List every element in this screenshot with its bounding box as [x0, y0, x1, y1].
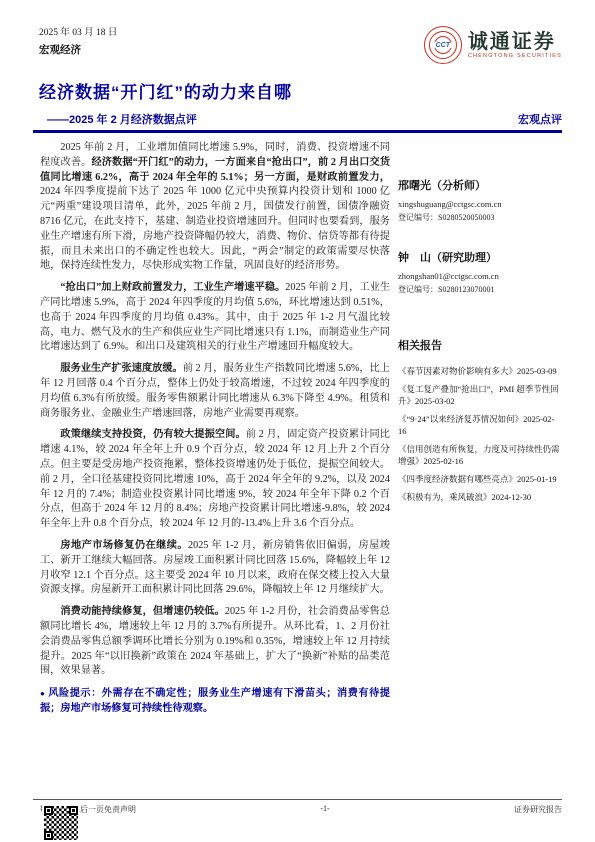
- report-date: 2025 年 03 月 18 日: [39, 24, 117, 38]
- analyst-email: zhongshan01@cctgsc.com.cn: [398, 271, 562, 281]
- registration-number: S0280520050003: [438, 213, 494, 222]
- body-paragraph: 2025 年前 2 月，工业增加值同比增速 5.9%，同时，消费、投资增速不同程…: [40, 141, 390, 274]
- related-report-title: 《春节因素对物价影响有多大》: [398, 366, 517, 376]
- related-report-item: 《“9·24”以来经济复苏情况如何》2025-02-16: [398, 413, 562, 437]
- related-report-title: 《信用创造有所恢复，力度及可持续性仍需增强》: [398, 444, 560, 466]
- body-paragraph: 房地产市场修复仍在继续。2025 年 1-2 月，新房销售依旧偏弱，房屋竣工、新…: [40, 539, 390, 598]
- registration-number: S0280123070001: [438, 285, 494, 294]
- analyst-name: 钟 山（研究助理）: [398, 249, 562, 265]
- related-reports-heading: 相关报告: [398, 337, 562, 353]
- sidebar: 邢曙光（分析师） xingshuguang@cctgsc.com.cn 登记编号…: [398, 141, 562, 716]
- cct-ripple-icon: CCT: [424, 26, 462, 64]
- footer-report-label: 证券研究报告: [514, 804, 562, 815]
- related-report-date: 2025-03-02: [415, 396, 455, 406]
- page-number: -1-: [320, 804, 329, 815]
- related-report-title: 《积极有为，乘风破浪》: [398, 492, 492, 502]
- related-report-item: 《复工复产叠加“抢出口”，PMI 超季节性回升》2025-03-02: [398, 383, 562, 407]
- body-paragraph: 消费动能持续修复，但增速仍较低。2025 年 1-2 月份，社会消费品零售总额同…: [40, 605, 390, 679]
- body-paragraph: 服务业生产扩张速度放缓。前 2 月，服务业生产指数同比增速 5.6%，比上年 1…: [40, 362, 390, 421]
- related-report-item: 《四季度经济数据有哪些亮点》2025-01-19: [398, 473, 562, 485]
- page-footer: 敬请参阅最后一页免责声明 -1- 证券研究报告: [33, 804, 562, 815]
- related-report-date: 2025-03-09: [517, 366, 557, 376]
- analyst-block: 邢曙光（分析师） xingshuguang@cctgsc.com.cn 登记编号…: [398, 177, 562, 223]
- page-header: 2025 年 03 月 18 日 宏观经济 CCT 诚通证券 CHENGTONG…: [33, 24, 562, 64]
- brand-name-cn: 诚通证券: [468, 31, 562, 53]
- related-report-title: 《四季度经济数据有哪些亮点》: [398, 474, 517, 484]
- analyst-name: 邢曙光（分析师）: [398, 177, 562, 193]
- brand-name-en: CHENGTONG SECURITIES: [468, 53, 562, 59]
- qr-code: [44, 806, 78, 840]
- risk-warning-text: 风险提示：外需存在不确定性；服务业生产增速有下滑苗头；消费有待提振；房地产市场修…: [40, 688, 390, 714]
- footer-divider: [33, 799, 562, 800]
- report-page: 2025 年 03 月 18 日 宏观经济 CCT 诚通证券 CHENGTONG…: [0, 0, 595, 842]
- body-paragraphs: 2025 年前 2 月，工业增加值同比增速 5.9%，同时，消费、投资增速不同程…: [40, 141, 390, 679]
- analyst-registration: 登记编号：S0280123070001: [398, 284, 562, 295]
- subtitle-row: ——2025 年 2 月经济数据点评 宏观点评: [47, 111, 562, 127]
- page-title: 经济数据“开门红”的动力来自哪: [39, 78, 562, 103]
- bullet-icon: ●: [40, 689, 45, 698]
- registration-label: 登记编号：: [398, 285, 438, 294]
- related-report-item: 《积极有为，乘风破浪》2024-12-30: [398, 491, 562, 503]
- report-type-badge: 宏观点评: [518, 111, 562, 127]
- analyst-registration: 登记编号：S0280520050003: [398, 212, 562, 223]
- body-column: 2025 年前 2 月，工业增加值同比增速 5.9%，同时，消费、投资增速不同程…: [40, 141, 390, 716]
- related-report-title: 《“9·24”以来经济复苏情况如何》: [398, 414, 523, 424]
- header-divider: [33, 130, 562, 133]
- related-report-date: 2024-12-30: [492, 492, 532, 502]
- header-meta: 2025 年 03 月 18 日 宏观经济: [39, 24, 117, 57]
- registration-label: 登记编号：: [398, 213, 438, 222]
- report-category: 宏观经济: [39, 42, 117, 57]
- analyst-email: xingshuguang@cctgsc.com.cn: [398, 199, 562, 209]
- content-area: 2025 年前 2 月，工业增加值同比增速 5.9%，同时，消费、投资增速不同程…: [33, 141, 562, 716]
- brand-text: 诚通证券 CHENGTONG SECURITIES: [468, 31, 562, 59]
- related-report-item: 《信用创造有所恢复，力度及可持续性仍需增强》2025-02-16: [398, 443, 562, 467]
- related-report-date: 2025-01-19: [517, 474, 557, 484]
- brand-logo: CCT 诚通证券 CHENGTONG SECURITIES: [424, 26, 562, 64]
- analyst-block: 钟 山（研究助理） zhongshan01@cctgsc.com.cn 登记编号…: [398, 249, 562, 295]
- page-subtitle: ——2025 年 2 月经济数据点评: [47, 111, 197, 127]
- body-paragraph: 政策继续支持投资，仍有较大提振空间。前 2 月，固定资产投资累计同比增速 4.1…: [40, 428, 390, 532]
- cct-mark-label: CCT: [433, 40, 453, 50]
- related-report-date: 2025-02-16: [424, 456, 464, 466]
- body-paragraph: “抢出口”加上财政前置发力，工业生产增速平稳。2025 年前 2 月，工业生产同…: [40, 281, 390, 355]
- related-report-list: 《春节因素对物价影响有多大》2025-03-09《复工复产叠加“抢出口”，PMI…: [398, 365, 562, 503]
- related-report-item: 《春节因素对物价影响有多大》2025-03-09: [398, 365, 562, 377]
- risk-warning: ●风险提示：外需存在不确定性；服务业生产增速有下滑苗头；消费有待提振；房地产市场…: [40, 686, 390, 716]
